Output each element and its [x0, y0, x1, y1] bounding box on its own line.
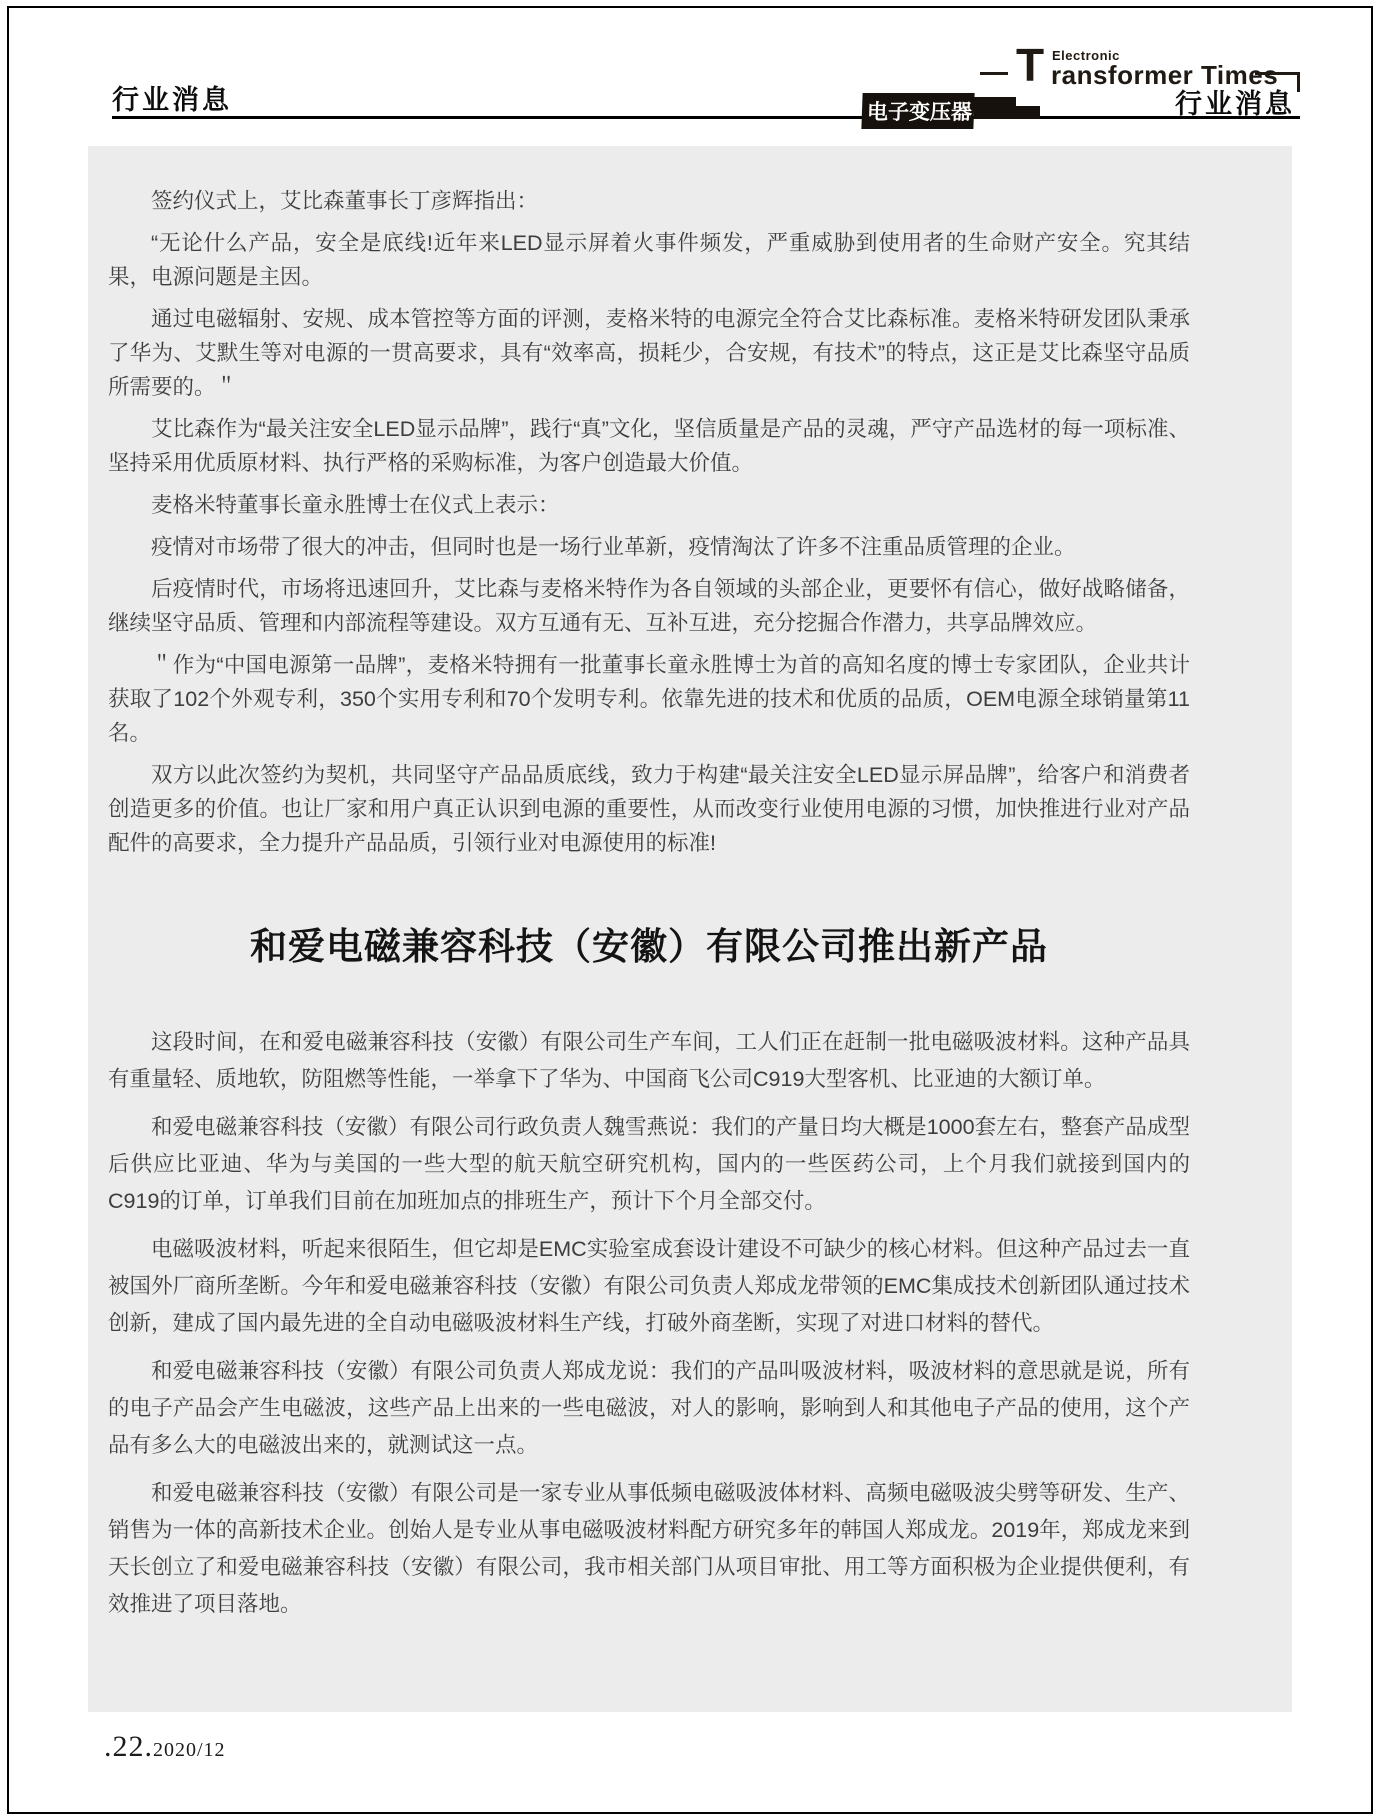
paragraph: 和爱电磁兼容科技（安徽）有限公司是一家专业从事低频电磁吸波体材料、高频电磁吸波尖… — [108, 1475, 1190, 1623]
badge-title: 电子变压器 — [861, 96, 972, 126]
paragraph: 和爱电磁兼容科技（安徽）有限公司行政负责人魏雪燕说：我们的产量日均大概是1000… — [108, 1109, 1190, 1220]
paragraph: 后疫情时代，市场将迅速回升，艾比森与麦格米特作为各自领域的头部企业，更要怀有信心… — [108, 572, 1190, 640]
article-headline: 和爱电磁兼容科技（安徽）有限公司推出新产品 — [108, 916, 1190, 970]
content-panel: 签约仪式上，艾比森董事长丁彦辉指出： “无论什么产品，安全是底线!近年来LED显… — [88, 146, 1292, 1712]
paragraph: 这段时间，在和爱电磁兼容科技（安徽）有限公司生产车间，工人们正在赶制一批电磁吸波… — [108, 1024, 1190, 1098]
paragraph: 通过电磁辐射、安规、成本管控等方面的评测，麦格米特的电源完全符合艾比森标准。麦格… — [108, 302, 1190, 404]
paragraph: “无论什么产品，安全是底线!近年来LED显示屏着火事件频发，严重威胁到使用者的生… — [108, 226, 1190, 294]
issue-date: 2020/12 — [153, 1739, 226, 1761]
paragraph: 和爱电磁兼容科技（安徽）有限公司负责人郑成龙说：我们的产品叫吸波材料，吸波材料的… — [108, 1353, 1190, 1464]
section-title-left: 行业消息 — [112, 78, 232, 117]
logo-initial-letter: T — [1016, 42, 1044, 88]
paragraph: 麦格米特董事长童永胜博士在仪式上表示： — [108, 488, 1190, 522]
page-footer: .22.2020/12 — [104, 1730, 226, 1764]
paragraph: 签约仪式上，艾比森董事长丁彦辉指出： — [108, 184, 1190, 218]
logo-dash-icon — [980, 72, 1008, 75]
badge-step-block — [974, 97, 1016, 119]
paragraph: ＂作为“中国电源第一品牌”，麦格米特拥有一批董事长童永胜博士为首的高知名度的博士… — [108, 648, 1190, 750]
magazine-page: 行业消息 T Electronic ransformer Times 电子变压器… — [0, 0, 1380, 1820]
header-rule — [112, 116, 1300, 119]
paragraph: 双方以此次签约为契机，共同坚守产品品质底线，致力于构建“最关注安全LED显示屏品… — [108, 758, 1190, 860]
paragraph: 艾比森作为“最关注安全LED显示品牌”，践行“真”文化，坚信质量是产品的灵魂，严… — [108, 412, 1190, 480]
page-number: .22. — [104, 1730, 153, 1763]
masthead-badge: 电子变压器 专辑 — [861, 93, 974, 129]
text-column: 签约仪式上，艾比森董事长丁彦辉指出： “无论什么产品，安全是底线!近年来LED显… — [108, 184, 1190, 1634]
article-signing-ceremony: 签约仪式上，艾比森董事长丁彦辉指出： “无论什么产品，安全是底线!近年来LED显… — [108, 184, 1190, 860]
article-heai-new-product: 和爱电磁兼容科技（安徽）有限公司推出新产品 这段时间，在和爱电磁兼容科技（安徽）… — [108, 916, 1190, 1623]
paragraph: 疫情对市场带了很大的冲击，但同时也是一场行业革新，疫情淘汰了许多不注重品质管理的… — [108, 530, 1190, 564]
paragraph: 电磁吸波材料，听起来很陌生，但它却是EMC实验室成套设计建设不可缺少的核心材料。… — [108, 1231, 1190, 1342]
section-title-right: 行业消息 — [1175, 82, 1295, 121]
badge-step-block — [1016, 106, 1040, 119]
